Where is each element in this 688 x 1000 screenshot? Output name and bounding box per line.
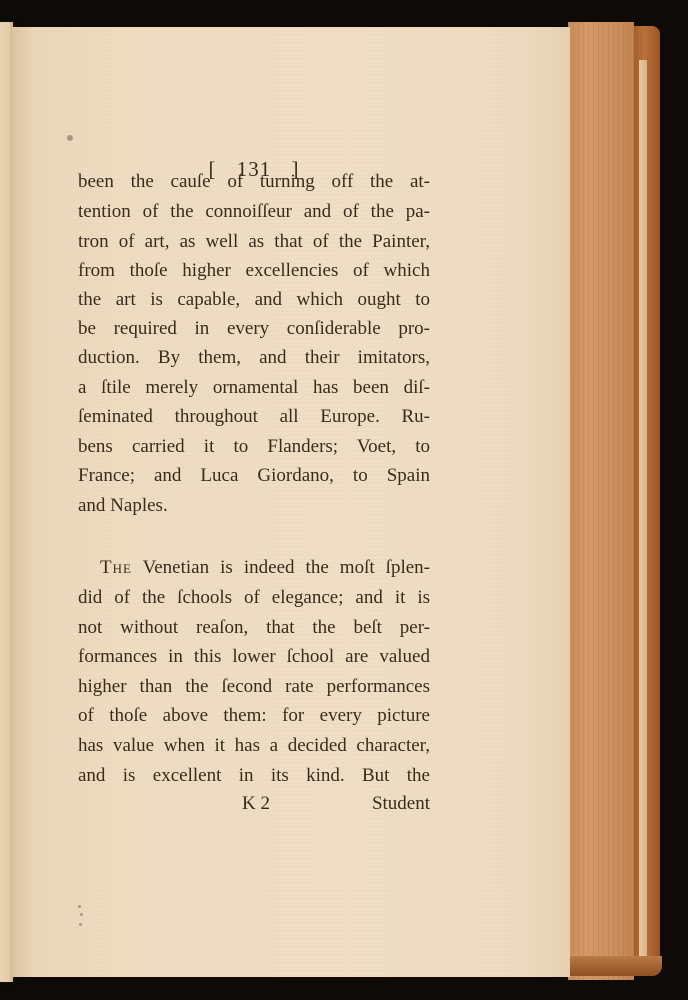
text-line: of thoſe above them: for every picture	[78, 704, 430, 728]
paragraph-opening-smallcaps: The	[100, 557, 132, 578]
text-line: be required in every conſiderable pro-	[78, 317, 430, 341]
foxing-spot	[78, 905, 81, 908]
text-line: not without reaſon, that the beſt per-	[78, 616, 430, 640]
catchword: Student	[372, 792, 430, 816]
text-line: did of the ſchools of elegance; and it i…	[78, 586, 430, 610]
text-line: France; and Luca Giordano, to Spain	[78, 464, 430, 488]
text-line: has value when it has a decided characte…	[78, 734, 430, 758]
text-line: and is excellent in its kind. But the	[78, 764, 430, 788]
text-line: and Naples.	[78, 494, 430, 518]
foxing-spot	[80, 913, 83, 916]
book-fore-edge	[568, 22, 634, 980]
text-line: ſeminated throughout all Europe. Ru-	[78, 405, 430, 429]
book-cover-bottom-corner	[570, 956, 662, 976]
foxing-spot	[67, 135, 73, 141]
text-line: from thoſe higher excellencies of which	[78, 259, 430, 283]
book-cover-inner-edge	[639, 60, 647, 960]
text-line: higher than the ſecond rate performances	[78, 675, 430, 699]
paragraph-opening-rest: Venetian is indeed the moſt ſplen-	[132, 557, 430, 578]
text-line: formances in this lower ſchool are value…	[78, 645, 430, 669]
text-line: tron of art, as well as that of the Pain…	[78, 230, 430, 254]
paragraph-opening-line: The Venetian is indeed the moſt ſplen-	[100, 556, 430, 580]
signature-mark: K 2	[242, 792, 270, 816]
text-line: tention of the connoiſſeur and of the pa…	[78, 200, 430, 224]
book-cover-board	[634, 26, 660, 976]
text-line: bens carried it to Flanders; Voet, to	[78, 435, 430, 459]
text-line: a ſtile merely ornamental has been diſ-	[78, 376, 430, 400]
text-line: duction. By them, and their imitators,	[78, 346, 430, 370]
book-page: [ 131 ] been the cauſe of turning off th…	[12, 27, 570, 977]
foxing-spot	[79, 923, 82, 926]
text-line: the art is capable, and which ought to	[78, 288, 430, 312]
text-line: been the cauſe of turning off the at-	[78, 170, 430, 194]
